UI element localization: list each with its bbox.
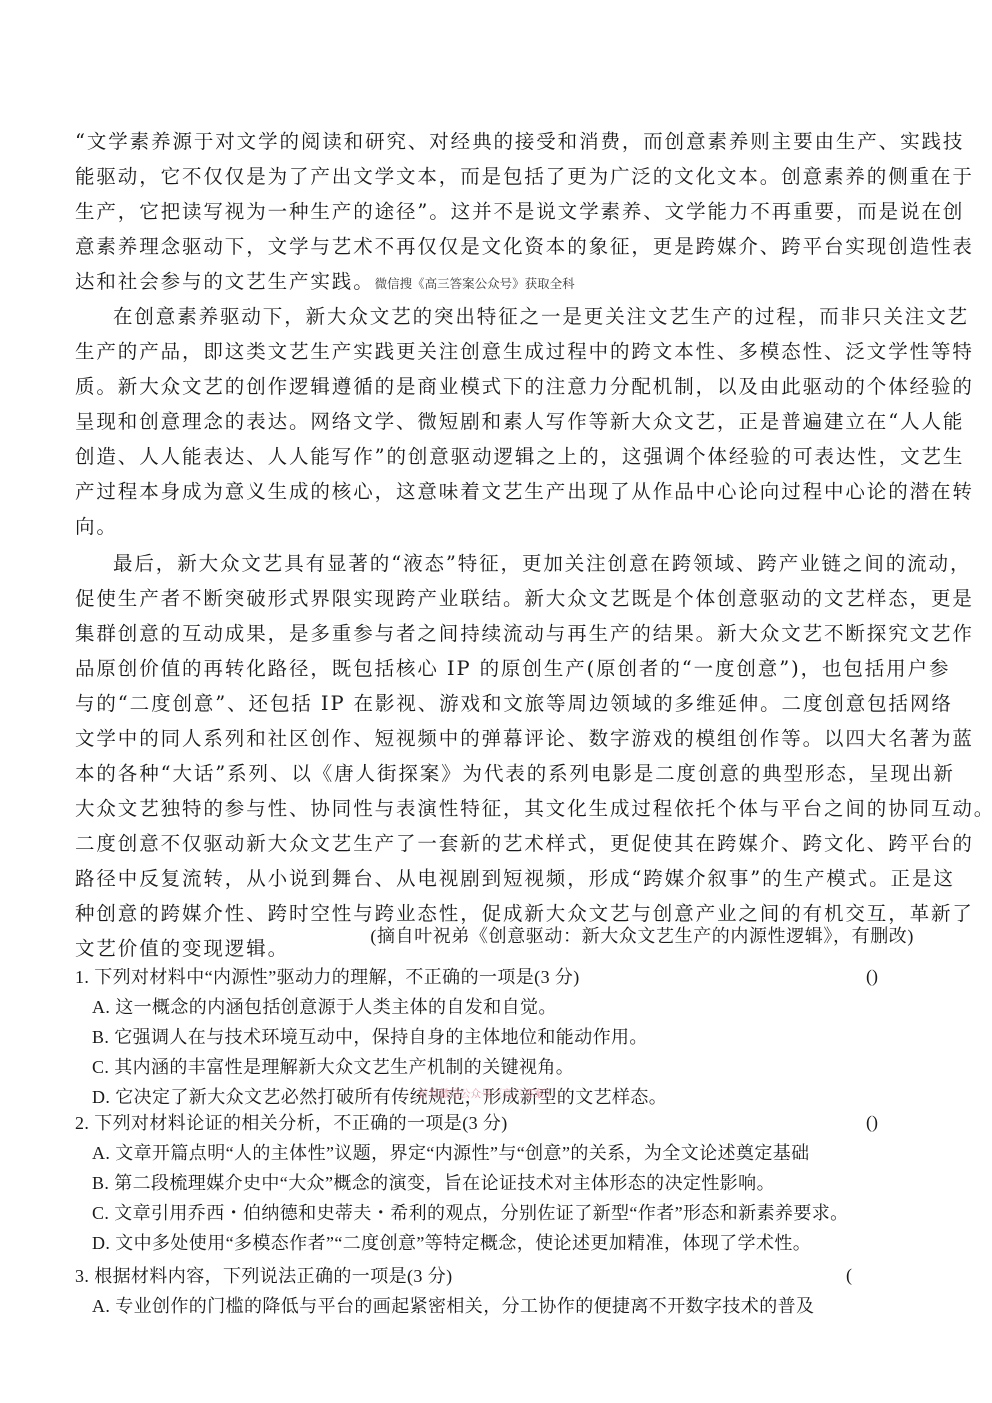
passage-line: 产过程本身成为意义生成的核心，这意味着文艺生产出现了从作品中心论向过程中心论的潜… — [75, 480, 974, 504]
option-b: B. 第二段梳理媒介史中“大众”概念的演变，旨在论证技术对主体形态的决定性影响。 — [92, 1172, 775, 1194]
passage-line: 质。新大众文艺的创作逻辑遵循的是商业模式下的注意力分配机制，以及由此驱动的个体经… — [75, 375, 974, 399]
passage-line: 文学中的同人系列和社区创作、短视频中的弹幕评论、数字游戏的模组创作等。以四大名著… — [75, 727, 974, 751]
option-c: C. 文章引用乔西・伯纳德和史蒂夫・希利的观点，分别佐证了新型“作者”形态和新素… — [92, 1202, 849, 1224]
passage-line: “文学素养源于对文学的阅读和研究、对经典的接受和消费，而创意素养则主要由生产、实… — [75, 130, 964, 154]
source-citation: (摘自叶祝弟《创意驱动：新大众文艺生产的内源性逻辑》，有删改) — [370, 922, 914, 948]
answer-blank[interactable]: () — [866, 1112, 878, 1133]
question-stem: 3. 根据材料内容，下列说法正确的一项是(3 分) — [75, 1265, 453, 1287]
passage-line: 促使生产者不断突破形式界限实现跨产业联结。新大众文艺既是个体创意驱动的文艺样态，… — [75, 587, 974, 611]
passage-line-last: 达和社会参与的文艺生产实践。微信搜《高三答案公众号》获取全科 — [75, 270, 575, 296]
option-a: A. 这一概念的内涵包括创意源于人类主体的自发和自觉。 — [92, 996, 557, 1018]
passage-line: 能驱动，它不仅仅是为了产出文学文本，而是包括了更为广泛的文化文本。创意素养的侧重… — [75, 165, 974, 189]
option-a: A. 专业创作的门槛的降低与平台的画起紧密相关，分工协作的便捷离不开数字技术的普… — [92, 1295, 814, 1317]
question-stem: 1. 下列对材料中“内源性”驱动力的理解，不正确的一项是(3 分) — [75, 966, 580, 988]
answer-blank[interactable]: () — [866, 966, 878, 987]
passage-line: 呈现和创意理念的表达。网络文学、微短剧和素人写作等新大众文艺，正是普遍建立在“人… — [75, 410, 964, 434]
option-c: C. 其内涵的丰富性是理解新大众文艺生产机制的关键视角。 — [92, 1056, 574, 1078]
passage-line: 与的“二度创意”、还包括 IP 在影视、游戏和文旅等周边领域的多维延伸。二度创意… — [75, 692, 953, 716]
passage-line: 文艺价值的变现逻辑。 — [75, 937, 289, 961]
option-d: D. 文中多处使用“多模态作者”“二度创意”等特定概念，使论述更加精准，体现了学… — [92, 1232, 811, 1254]
passage-line: 本的各种“大话”系列、以《唐人街探案》为代表的系列电影是二度创意的典型形态，呈现… — [75, 762, 955, 786]
passage-line: 品原创价值的再转化路径，既包括核心 IP 的原创生产(原创者的“一度创意”)，也… — [75, 657, 950, 681]
passage-line: 大众文艺独特的参与性、协同性与表演性特征，其文化生成过程依托个体与平台之间的协同… — [75, 797, 992, 821]
passage-text: 达和社会参与的文艺生产实践。 — [75, 270, 375, 293]
passage-line: 路径中反复流转，从小说到舞台、从电视剧到短视频，形成“跨媒介叙事”的生产模式。正… — [75, 867, 955, 891]
scan-speck — [667, 497, 673, 498]
passage-line: 生产，它把读写视为一种生产的途径”。这并不是说文学素养、文学能力不再重要，而是说… — [75, 200, 964, 224]
passage-line: 意素养理念驱动下，文学与艺术不再仅仅是文化资本的象征，更是跨媒介、跨平台实现创造… — [75, 235, 974, 259]
answer-blank[interactable]: ( — [846, 1265, 852, 1286]
passage-line: 二度创意不仅驱动新大众文艺生产了一套新的艺术样式，更促使其在跨媒介、跨文化、跨平… — [75, 832, 974, 856]
passage-line: 在创意素养驱动下，新大众文艺的突出特征之一是更关注文艺生产的过程，而非只关注文艺 — [113, 305, 969, 329]
passage-line: 集群创意的互动成果，是多重参与者之间持续流动与再生产的结果。新大众文艺不断探究文… — [75, 622, 974, 646]
passage-line: 创造、人人能表达、人人能写作”的创意驱动逻辑之上的，这强调个体经验的可表达性，文… — [75, 445, 964, 469]
option-d: D. 它决定了新大众文艺必然打破所有传统规范，形成新型的文艺样态。 — [92, 1086, 667, 1108]
question-stem: 2. 下列对材料论证的相关分析，不正确的一项是(3 分) — [75, 1112, 508, 1134]
passage-line: 向。 — [75, 515, 118, 539]
option-a: A. 文章开篇点明“人的主体性”议题，界定“内源性”与“创意”的关系，为全文论述… — [92, 1142, 810, 1164]
exam-page: “文学素养源于对文学的阅读和研究、对经典的接受和消费，而创意素养则主要由生产、实… — [0, 0, 992, 1403]
passage-line: 生产的产品，即这类文艺生产实践更关注创意生成过程中的跨文本性、多模态性、泛文学性… — [75, 340, 974, 364]
passage-line: 最后，新大众文艺具有显著的“液态”特征，更加关注创意在跨领域、跨产业链之间的流动… — [113, 552, 971, 576]
inline-watermark: 微信搜《高三答案公众号》获取全科 — [375, 276, 575, 291]
option-b: B. 它强调人在与技术环境互动中，保持自身的主体地位和能动作用。 — [92, 1026, 648, 1048]
pink-watermark: 首发微信公众号《高三答案》 — [418, 1086, 555, 1101]
